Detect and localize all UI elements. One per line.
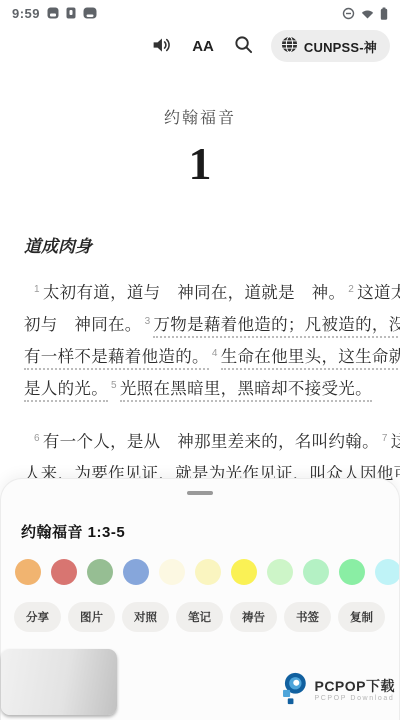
verse-action-row: 分享图片对照笔记祷告书签复制相关动态	[14, 602, 386, 632]
highlight-color-swatch[interactable]	[123, 559, 149, 585]
highlight-color-swatch[interactable]	[375, 559, 399, 585]
notification-icon	[47, 7, 59, 19]
highlight-color-swatch[interactable]	[339, 559, 365, 585]
verse-line[interactable]: 1太初有道，道与 神同在，道就是 神。2这道太	[24, 277, 400, 309]
verse-segment: 是人的光。	[24, 380, 108, 402]
wifi-icon	[361, 8, 374, 19]
notification-icon	[66, 7, 76, 19]
action-button-图片[interactable]: 图片	[68, 602, 115, 632]
search-icon	[234, 35, 253, 57]
verse-segment: 初与 神同在。	[24, 316, 142, 334]
translation-label: CUNPSS-神	[304, 37, 377, 56]
highlight-color-row	[15, 559, 399, 585]
highlight-color-swatch[interactable]	[15, 559, 41, 585]
verse-line[interactable]: 有一样不是藉着他造的。4生命在他里头，这生命就	[24, 341, 400, 373]
highlight-color-swatch[interactable]	[51, 559, 77, 585]
verse-number: 6	[34, 433, 40, 444]
verse-text[interactable]: 1太初有道，道与 神同在，道就是 神。2这道太初与 神同在。3万物是藉着他造的；…	[24, 277, 400, 490]
notification-icon	[83, 7, 97, 19]
verse-segment: 这道太	[357, 284, 400, 302]
watermark-title: PCPOP下载	[314, 679, 395, 693]
partial-overlay-card	[1, 649, 117, 715]
status-time: 9:59	[12, 6, 40, 21]
pcpop-logo-icon	[276, 670, 309, 711]
status-bar: 9:59	[0, 0, 400, 24]
reader-toolbar: AA CUNPSS-神	[0, 24, 400, 64]
action-button-书签[interactable]: 书签	[284, 602, 331, 632]
audio-playback-button[interactable]	[149, 34, 174, 59]
action-button-复制[interactable]: 复制	[338, 602, 385, 632]
action-button-分享[interactable]: 分享	[14, 602, 61, 632]
action-button-笔记[interactable]: 笔记	[176, 602, 223, 632]
font-size-button[interactable]: AA	[190, 36, 216, 57]
battery-icon	[380, 7, 388, 20]
section-heading: 道成肉身	[24, 232, 376, 257]
verse-segment: 有一样不是藉着他造的。	[24, 348, 209, 370]
action-button-对照[interactable]: 对照	[122, 602, 169, 632]
book-title: 约翰福音	[0, 105, 400, 128]
highlight-color-swatch[interactable]	[159, 559, 185, 585]
verse-number: 5	[111, 380, 117, 391]
speaker-icon	[151, 36, 172, 57]
translation-selector-button[interactable]: CUNPSS-神	[271, 30, 390, 62]
highlight-color-swatch[interactable]	[231, 559, 257, 585]
chapter-number: 1	[0, 141, 400, 187]
verse-number: 4	[212, 348, 218, 359]
globe-icon	[281, 36, 298, 56]
verse-number: 7	[382, 433, 388, 444]
verse-line[interactable]: 6有一个人，是从 神那里差来的，名叫约翰。7这	[24, 426, 400, 458]
app-screen: 9:59	[0, 0, 400, 720]
verse-segment: 万物是藉着他造的；凡被造的，没	[153, 316, 400, 338]
highlight-color-swatch[interactable]	[195, 559, 221, 585]
verse-paragraph[interactable]: 1太初有道，道与 神同在，道就是 神。2这道太初与 神同在。3万物是藉着他造的；…	[24, 277, 400, 405]
verse-number: 1	[34, 284, 40, 295]
verse-number: 3	[145, 316, 151, 327]
verse-segment: 有一个人，是从 神那里差来的，名叫约翰。	[43, 433, 379, 451]
highlight-color-swatch[interactable]	[303, 559, 329, 585]
selected-verse-reference: 约翰福音 1:3-5	[21, 521, 399, 542]
action-button-祷告[interactable]: 祷告	[230, 602, 277, 632]
do-not-disturb-icon	[342, 7, 355, 20]
highlight-color-swatch[interactable]	[267, 559, 293, 585]
verse-number: 2	[348, 284, 354, 295]
verse-line[interactable]: 是人的光。5光照在黑暗里，黑暗却不接受光。	[24, 373, 400, 405]
verse-line[interactable]: 初与 神同在。3万物是藉着他造的；凡被造的，没	[24, 309, 400, 341]
sheet-drag-handle[interactable]	[187, 491, 213, 495]
verse-segment: 生命在他里头，这生命就	[221, 348, 400, 370]
pcpop-watermark: PCPOP下载 PCPOP Download	[276, 670, 395, 711]
highlight-color-swatch[interactable]	[87, 559, 113, 585]
search-button[interactable]	[232, 33, 255, 59]
verse-segment: 太初有道，道与 神同在，道就是 神。	[43, 284, 345, 302]
verse-segment: 光照在黑暗里，黑暗却不接受光。	[120, 380, 372, 402]
watermark-subtitle: PCPOP Download	[314, 695, 395, 702]
verse-segment: 这	[391, 433, 400, 451]
